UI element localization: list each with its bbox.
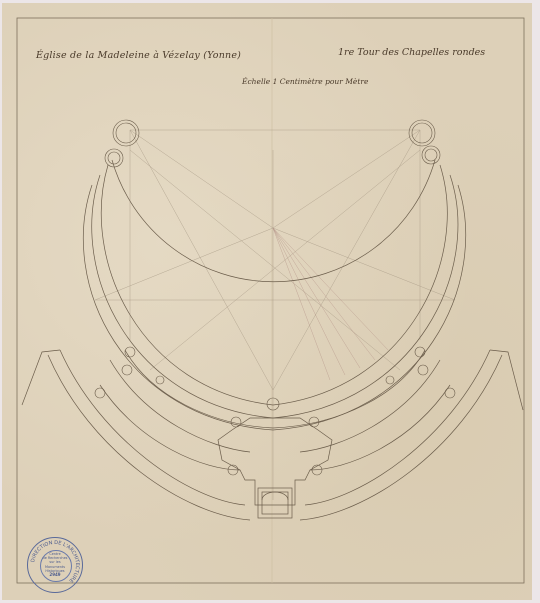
outer-buttresses: [22, 350, 523, 410]
subtitle-prefix: 1re: [338, 47, 354, 58]
drawing-border: [17, 18, 524, 583]
scale-note: Échelle 1 Centimètre pour Mètre: [242, 77, 368, 86]
stamp-center-text: Centre de Recherches sur les Monuments H…: [42, 552, 68, 577]
drawing-title: Église de la Madeleine à Vézelay (Yonne): [36, 50, 241, 61]
subtitle-text: Tour des Chapelles rondes: [357, 47, 485, 58]
drawing-subtitle: 1re Tour des Chapelles rondes: [338, 47, 485, 58]
archive-stamp: DIRECTION DE L'ARCHITECTURE Centre de Re…: [27, 537, 83, 593]
stamp-year: 2949: [42, 573, 68, 577]
central-pier: [218, 418, 332, 518]
architectural-drawing: [0, 0, 540, 603]
construction-lines: [95, 130, 455, 500]
columns: [95, 120, 455, 475]
apse-walls: [48, 160, 502, 520]
